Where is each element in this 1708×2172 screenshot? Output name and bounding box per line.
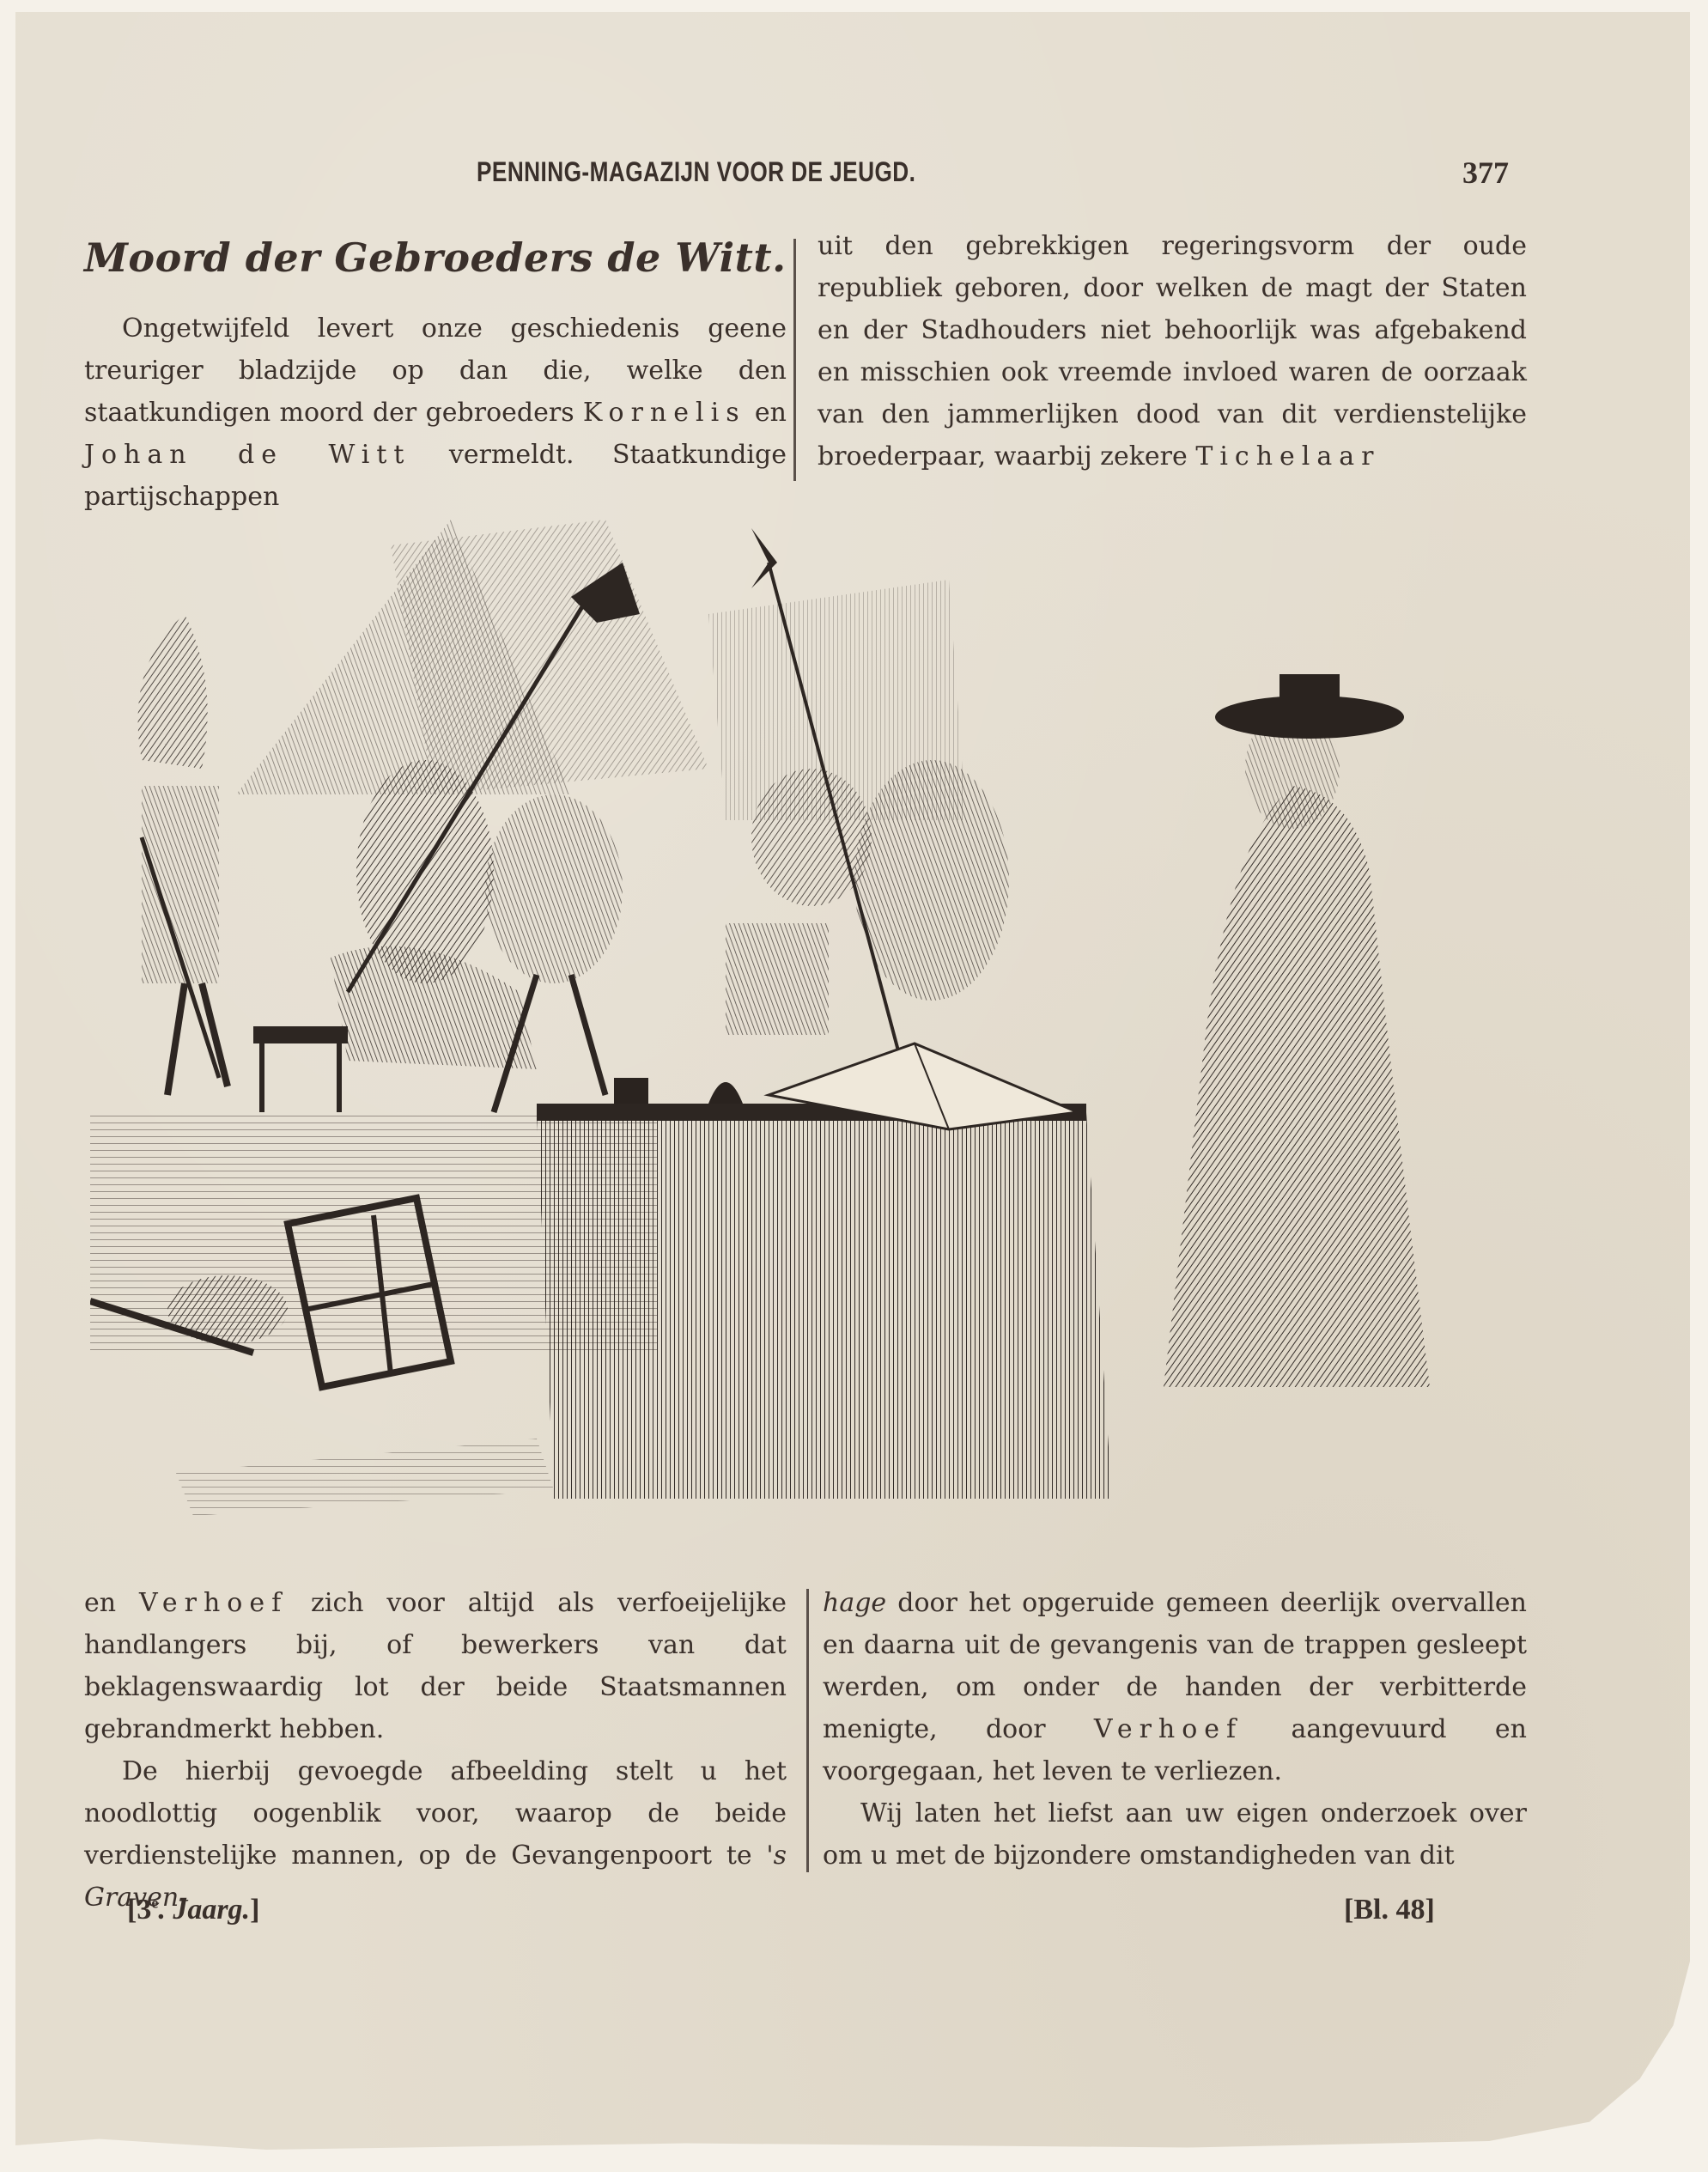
running-head: PENNING-MAGAZIJN VOOR DE JEUGD. <box>477 156 915 188</box>
text-run: [3 <box>127 1894 151 1926</box>
paragraph-intro: Ongetwijfeld levert onze geschiedenis ge… <box>84 307 787 518</box>
column-left-top: Moord der Gebroeders de Witt. Ongetwijfe… <box>84 232 787 518</box>
name-johan-de-witt: Johan de Witt <box>84 440 410 470</box>
article-title: Moord der Gebroeders de Witt. <box>84 232 787 283</box>
text-run: De hierbij gevoegde afbeelding stelt u h… <box>84 1756 787 1871</box>
engraving-illustration <box>90 511 1541 1533</box>
place-hage: hage <box>823 1588 886 1618</box>
column-right-top: uit den gebrekkigen regeringsvorm der ou… <box>818 225 1527 478</box>
page-number: 377 <box>1462 155 1509 191</box>
name-tichelaar: Tichelaar <box>1195 441 1380 472</box>
column-divider-bottom <box>806 1589 809 1872</box>
name-kornelis: Kornelis <box>583 398 746 428</box>
footer-volume: [3e. Jaarg.] <box>127 1894 259 1926</box>
name-verhoef: Verhoef <box>139 1588 288 1618</box>
paragraph-hage: hage door het opgeruide gemeen deerlijk … <box>823 1582 1527 1792</box>
text-run: en <box>84 1588 139 1618</box>
paragraph-closing: Wij laten het liefst aan uw eigen onderz… <box>823 1792 1527 1877</box>
text-run: en <box>746 398 787 428</box>
text-run: ] <box>250 1894 259 1926</box>
column-right-bottom: hage door het opgeruide gemeen deerlijk … <box>823 1582 1527 1877</box>
column-divider-top <box>793 239 796 481</box>
engraving-scene-icon <box>90 511 1541 1533</box>
name-verhoef: Verhoef <box>1094 1714 1243 1744</box>
text-run: . Jaarg. <box>158 1894 250 1926</box>
paragraph-verhoef: en Verhoef zich voor altijd als verfoeij… <box>84 1582 787 1750</box>
footer-sheet-number: [Bl. 48] <box>1344 1894 1435 1926</box>
paragraph-continuation: uit den gebrekkigen regeringsvorm der ou… <box>818 225 1527 478</box>
text-run: uit den gebrekkigen regeringsvorm der ou… <box>818 231 1527 472</box>
column-left-bottom: en Verhoef zich voor altijd als verfoeij… <box>84 1582 787 1919</box>
